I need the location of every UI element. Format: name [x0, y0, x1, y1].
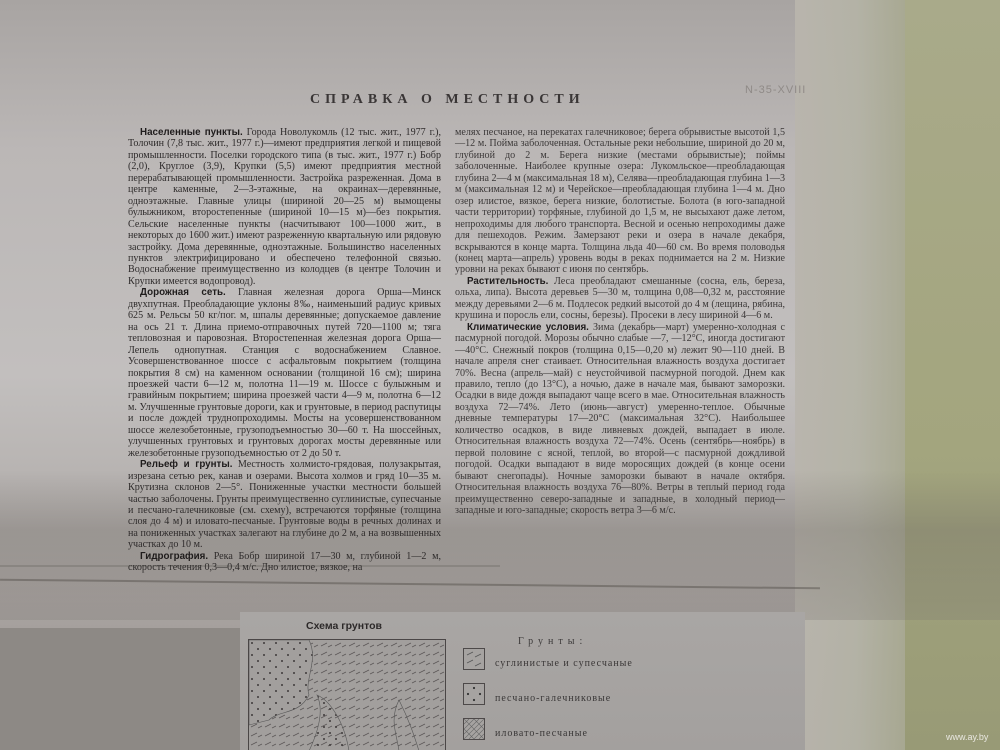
section-relief: Рельеф и грунты. Местность холмисто-гряд… — [128, 459, 441, 551]
section-text: Зима (декабрь—март) умеренно-холодная с … — [455, 322, 785, 516]
watermark: www.ay.by — [946, 732, 988, 742]
section-hydrography: Гидрография. Река Бобр шириной 17—30 м, … — [128, 551, 441, 574]
section-heading: Растительность. — [467, 276, 548, 287]
sheet-number: N-35-XVIII — [745, 84, 806, 96]
section-climate: Климатические условия. Зима (декабрь—мар… — [455, 322, 785, 517]
section-text: Местность холмисто-грядовая, полузакрыта… — [128, 459, 441, 550]
legend-label: иловато-песчаные — [495, 728, 588, 739]
dashes-pattern-icon — [463, 648, 485, 670]
legend-title: Грунты: — [518, 636, 587, 647]
text-column-left: Населенные пункты. Города Новолукомль (1… — [128, 127, 441, 574]
section-hydrography-cont: мелях песчаное, на перекатах галечниково… — [455, 127, 785, 276]
crosshatch-pattern-icon — [463, 718, 485, 740]
legend-item: иловато-песчаные — [463, 718, 793, 742]
section-text: Города Новолукомль (12 тыс. жит., 1977 г… — [128, 127, 441, 287]
plastic-cover-edge — [905, 0, 1000, 750]
legend-label: песчано-галечниковые — [495, 693, 611, 704]
legend-label: суглинистые и супесчаные — [495, 658, 633, 669]
section-text: мелях песчаное, на перекатах галечниково… — [455, 127, 785, 275]
section-roads: Дорожная сеть. Главная железная дорога О… — [128, 287, 441, 459]
section-heading: Населенные пункты. — [140, 127, 243, 138]
text-column-right: мелях песчаное, на перекатах галечниково… — [455, 127, 785, 516]
legend-item: суглинистые и супесчаные — [463, 648, 793, 672]
legend-item: песчано-галечниковые — [463, 683, 793, 707]
section-heading: Климатические условия. — [467, 322, 589, 333]
document-title: СПРАВКА О МЕСТНОСТИ — [310, 92, 585, 108]
section-text: Главная железная дорога Орша—Минск двухп… — [128, 287, 441, 458]
schema-title: Схема грунтов — [306, 620, 382, 632]
section-heading: Рельеф и грунты. — [140, 459, 232, 470]
section-vegetation: Растительность. Леса преобладают смешанн… — [455, 276, 785, 322]
section-settlements: Населенные пункты. Города Новолукомль (1… — [128, 127, 441, 287]
dots-pattern-icon — [463, 683, 485, 705]
section-heading: Гидрография. — [140, 551, 208, 562]
section-heading: Дорожная сеть. — [140, 287, 226, 298]
soil-schema-map — [248, 639, 446, 750]
soil-map-drawing — [249, 640, 445, 750]
